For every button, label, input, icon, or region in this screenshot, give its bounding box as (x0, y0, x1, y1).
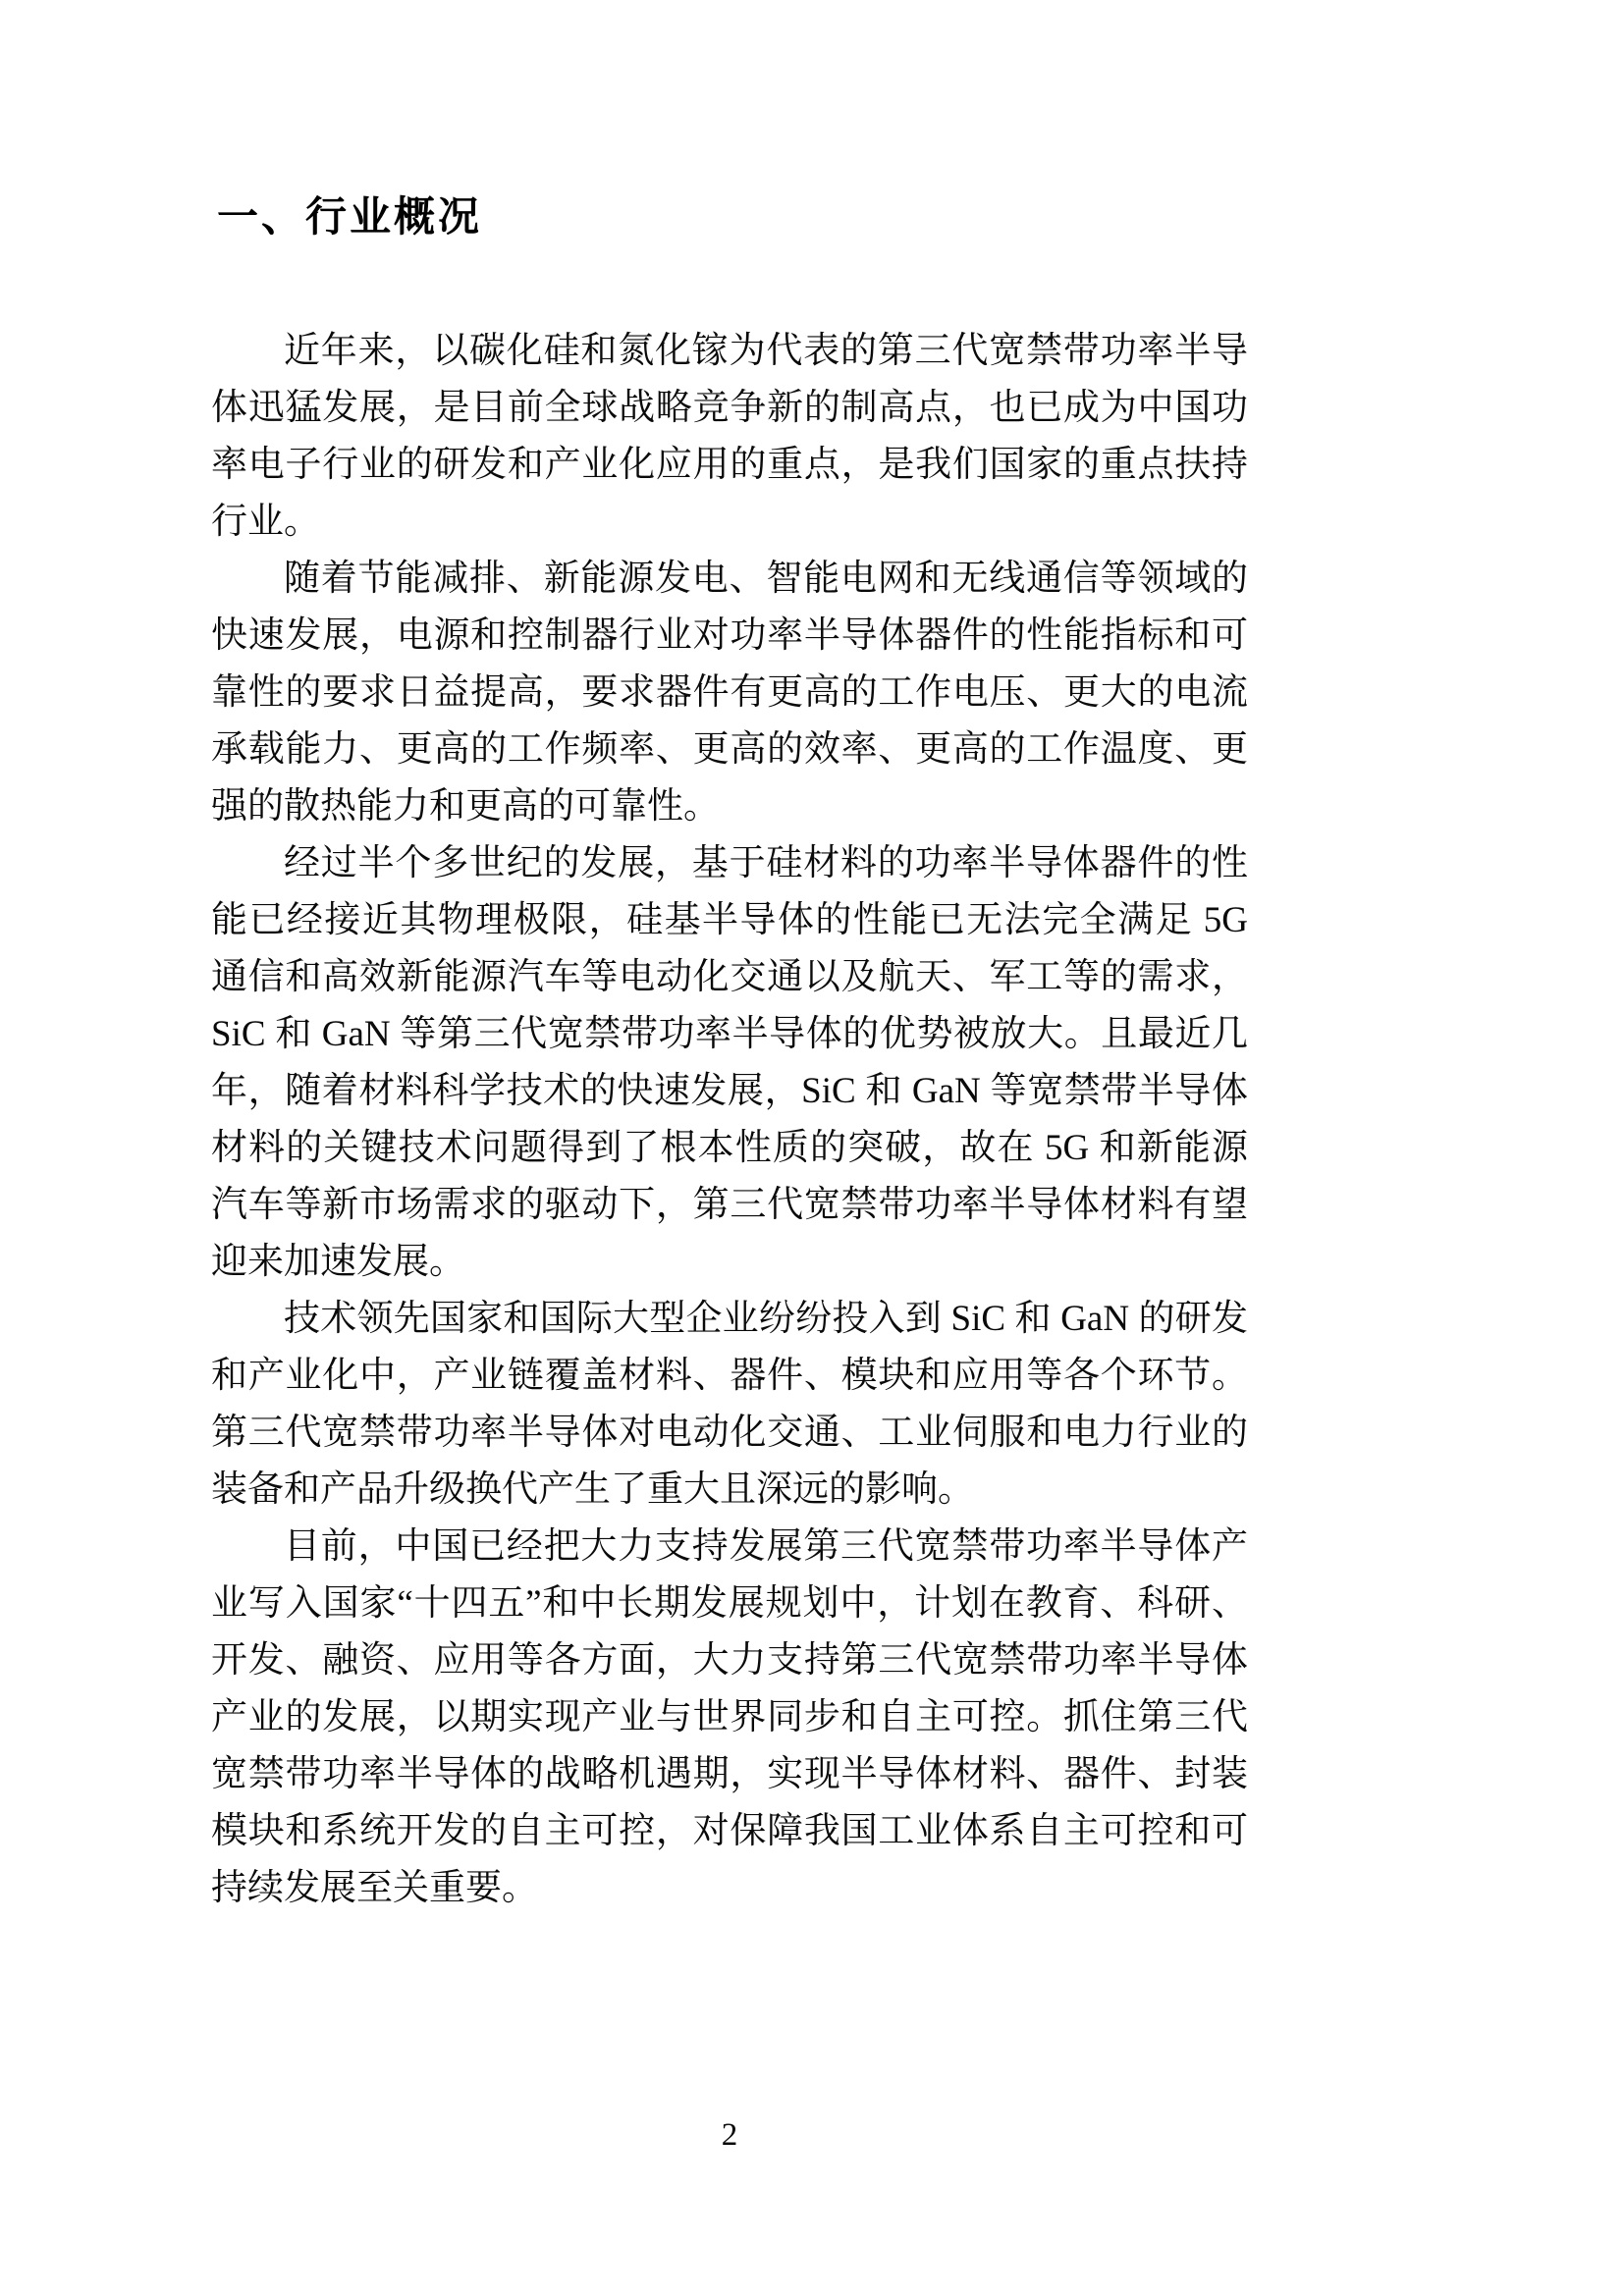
document-page: 一、行业概况 近年来，以碳化硅和氮化镓为代表的第三代宽禁带功率半导体迅猛发展，是… (0, 0, 1624, 2296)
text-column: 一、行业概况 近年来，以碳化硅和氮化镓为代表的第三代宽禁带功率半导体迅猛发展，是… (211, 193, 1248, 1917)
page-number: 2 (211, 2115, 1248, 2155)
section-heading: 一、行业概况 (217, 193, 1248, 240)
body-paragraph: 近年来，以碳化硅和氮化镓为代表的第三代宽禁带功率半导体迅猛发展，是目前全球战略竞… (211, 323, 1248, 551)
body-paragraph: 目前，中国已经把大力支持发展第三代宽禁带功率半导体产业写入国家“十四五”和中长期… (211, 1519, 1248, 1917)
body-paragraph: 经过半个多世纪的发展，基于硅材料的功率半导体器件的性能已经接近其物理极限，硅基半… (211, 835, 1248, 1291)
body-paragraph: 技术领先国家和国际大型企业纷纷投入到 SiC 和 GaN 的研发和产业化中，产业… (211, 1291, 1248, 1519)
body-paragraph: 随着节能减排、新能源发电、智能电网和无线通信等领域的快速发展，电源和控制器行业对… (211, 551, 1248, 835)
